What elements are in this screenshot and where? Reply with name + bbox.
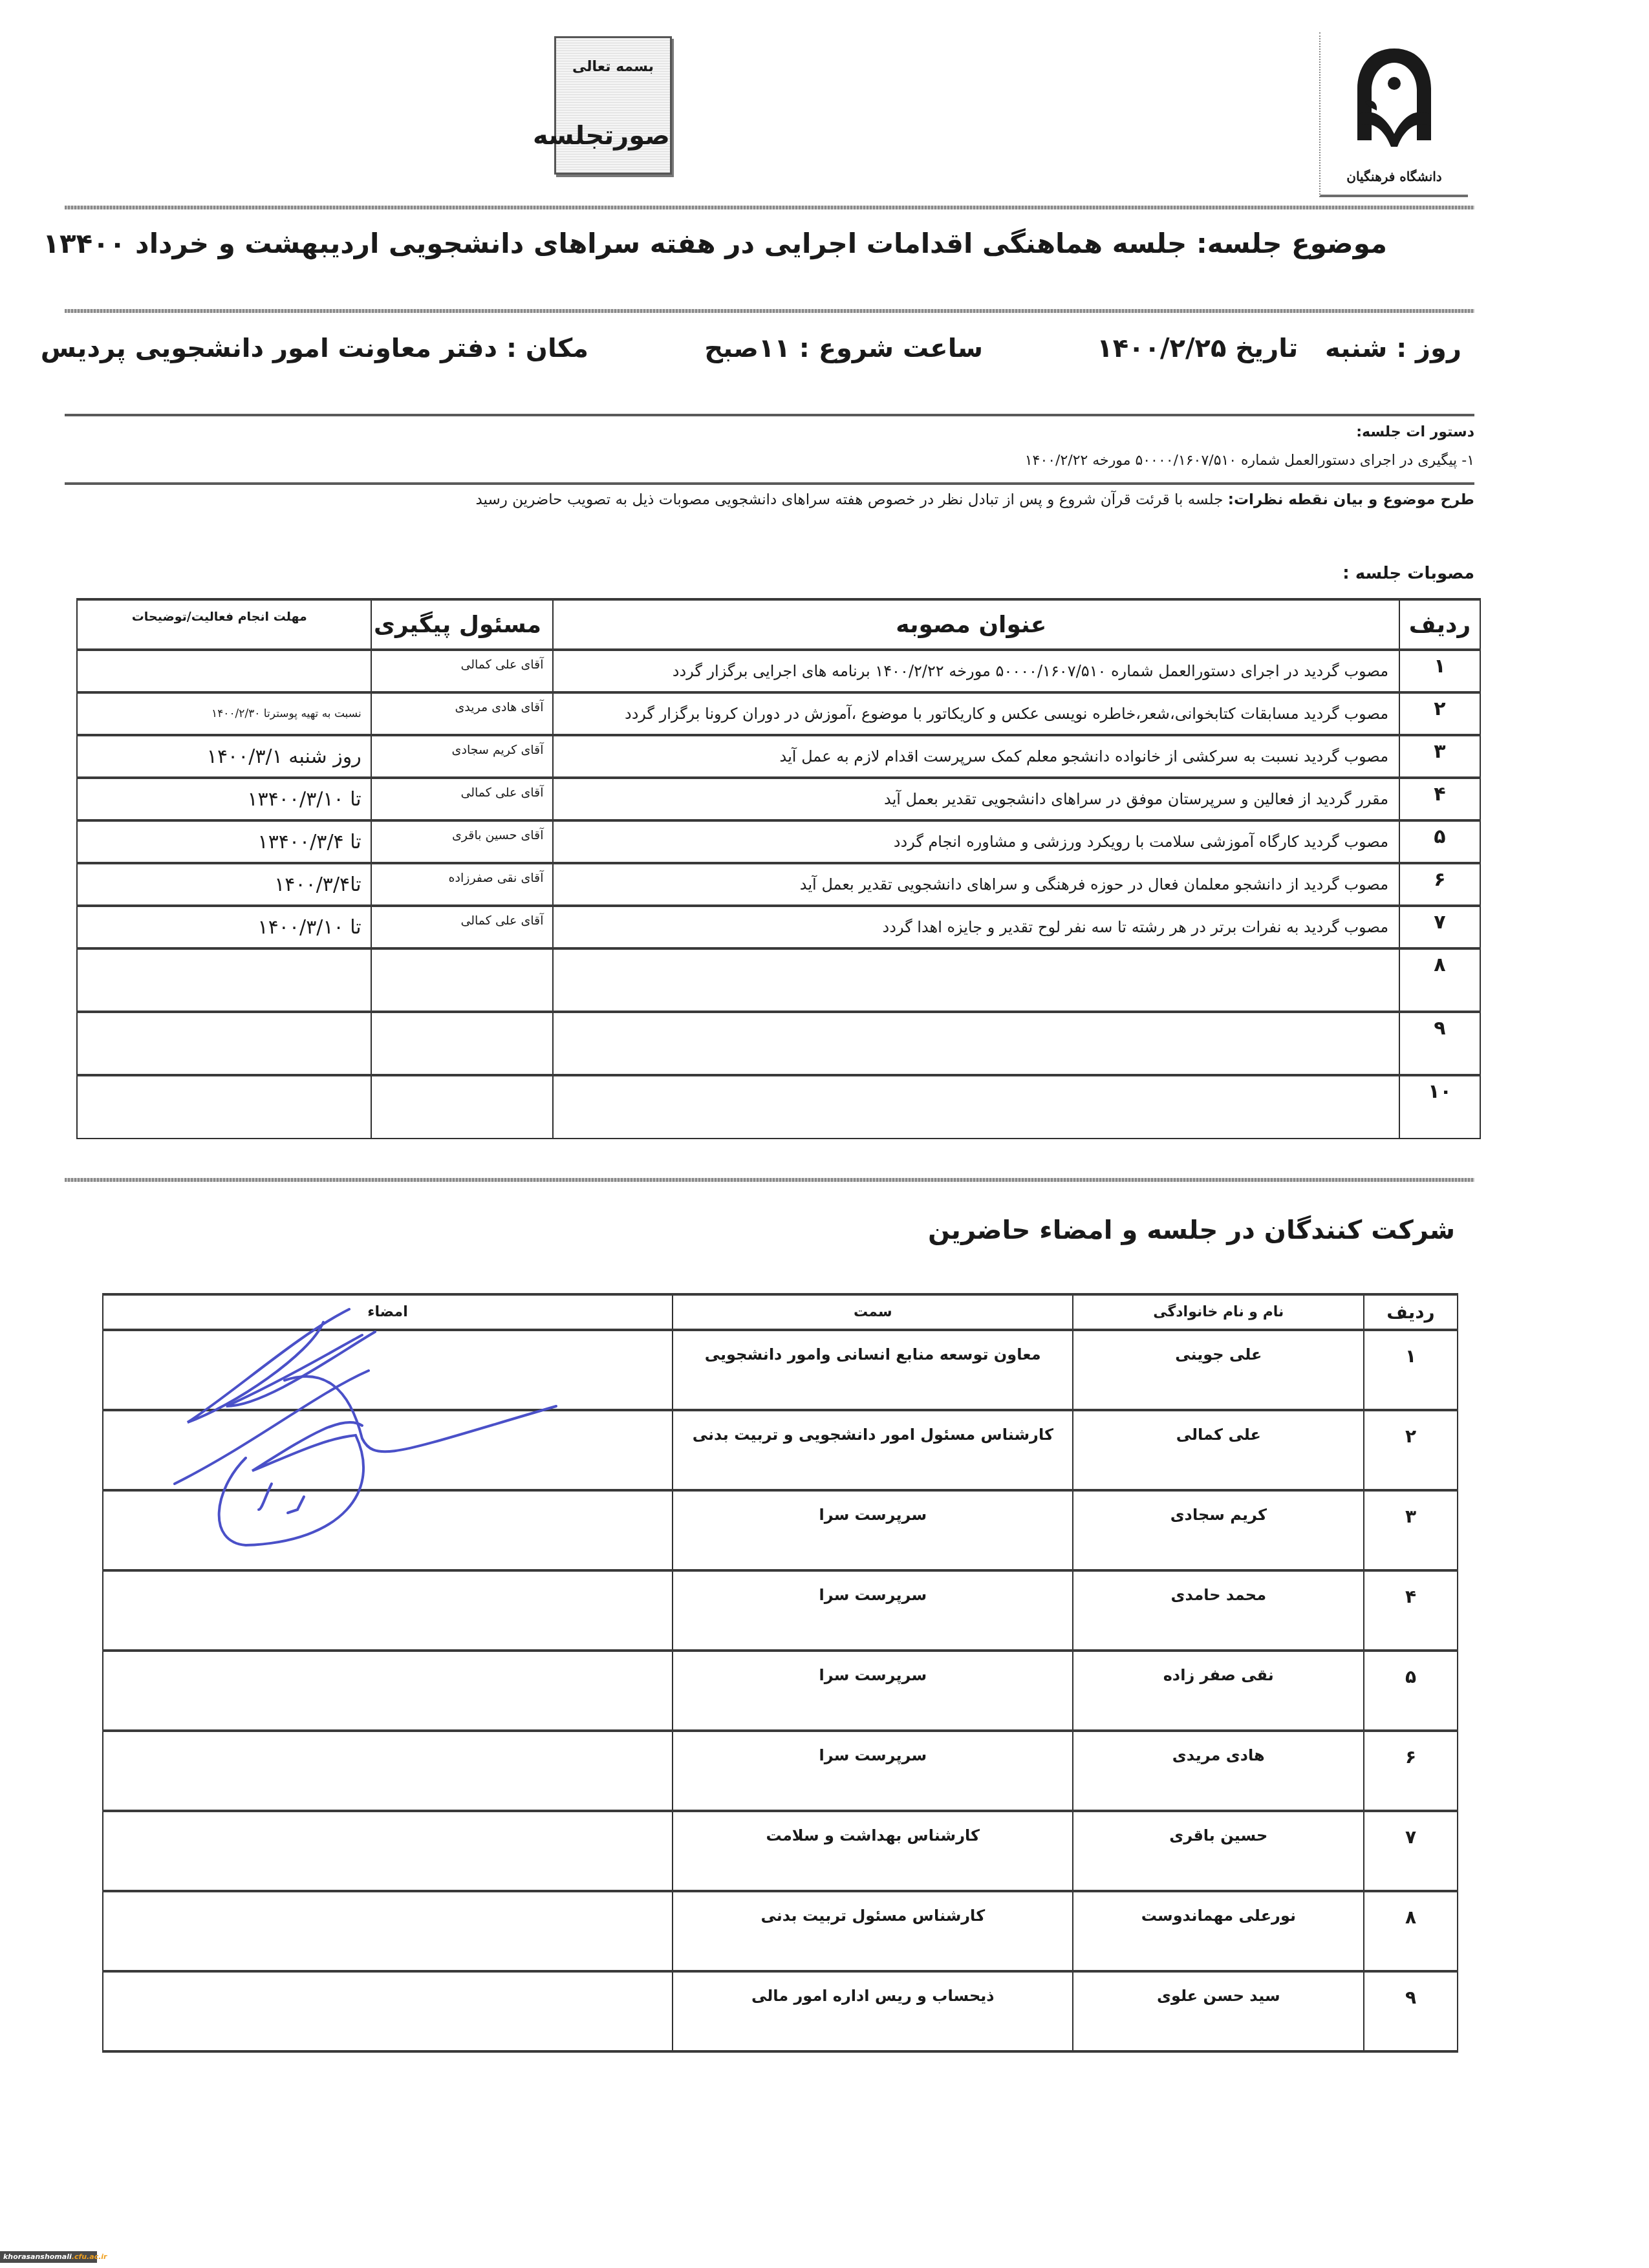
document-title: صورتجلسه — [556, 121, 670, 151]
row-title — [553, 1012, 1399, 1075]
row-position: کارشناس بهداشت و سلامت — [673, 1811, 1073, 1891]
table-row: ۶ هادی مریدی سرپرست سرا — [103, 1731, 1458, 1811]
divider — [65, 482, 1474, 485]
row-position: سرپرست سرا — [673, 1651, 1073, 1731]
table-row: ۲ علی کمالی کارشناس مسئول امور دانشجویی … — [103, 1410, 1458, 1490]
row-title: مصوب گردید کارگاه آموزشی سلامت با رویکرد… — [553, 820, 1399, 863]
row-num: ۲ — [1399, 692, 1480, 735]
approvals-table: ردیف عنوان مصوبه مسئول پیگیری مهلت انجام… — [76, 598, 1481, 1139]
row-position: معاون توسعه منابع انسانی وامور دانشجویی — [673, 1330, 1073, 1410]
row-num: ۳ — [1399, 735, 1480, 778]
agenda-title: دستور ات جلسه: — [1356, 424, 1474, 440]
discussion-text: جلسه با قرئت قرآن شروع و پس از تبادل نظر… — [476, 491, 1223, 508]
header-responsible: مسئول پیگیری — [371, 599, 554, 650]
row-num: ۱۰ — [1399, 1075, 1480, 1139]
table-row: ۴ محمد حامدی سرپرست سرا — [103, 1570, 1458, 1651]
row-deadline — [77, 1075, 371, 1139]
row-name: حسین باقری — [1073, 1811, 1364, 1891]
row-responsible: آقای هادی مریدی — [371, 692, 554, 735]
site-watermark: khorasanshomali.cfu.ac.ir — [0, 2251, 97, 2263]
row-name: هادی مریدی — [1073, 1731, 1364, 1811]
row-title — [553, 1075, 1399, 1139]
discussion-label: طرح موضوع و بیان نقطه نظرات: — [1228, 491, 1474, 508]
divider — [65, 309, 1474, 313]
row-name: علی جوینی — [1073, 1330, 1364, 1410]
header-deadline: مهلت انجام فعالیت/توضیحات — [77, 599, 371, 650]
row-deadline: تا ۱۳۴۰۰/۳/۱۰ — [77, 778, 371, 820]
header-name: نام و نام خانوادگی — [1073, 1294, 1364, 1330]
divider — [65, 414, 1474, 416]
table-row: ۱ مصوب گردید در اجرای دستورالعمل شماره ۵… — [77, 650, 1480, 692]
row-num: ۹ — [1399, 1012, 1480, 1075]
row-responsible: آقای علی کمالی — [371, 906, 554, 948]
table-row: ۵ نقی صفر زاده سرپرست سرا — [103, 1651, 1458, 1731]
table-row: ۳ مصوب گردید نسبت به سرکشی از خانواده دا… — [77, 735, 1480, 778]
table-row: ۹ سید حسن علوی ذیحساب و ریس اداره امور م… — [103, 1971, 1458, 2051]
row-deadline: تا ۱۳۴۰۰/۳/۴ — [77, 820, 371, 863]
row-signature — [103, 1731, 673, 1811]
row-signature — [103, 1330, 673, 1410]
meeting-subject: موضوع جلسه: جلسه هماهنگی اقدامات اجرایی … — [362, 228, 1387, 259]
university-logo: دانشگاه فرهنگیان — [1319, 32, 1468, 197]
row-name: علی کمالی — [1073, 1410, 1364, 1490]
participants-table: ردیف نام و نام خانوادگی سمت امضاء ۱ علی … — [102, 1293, 1458, 2053]
meeting-start-time: ساعت شروع : ۱۱صبح — [704, 334, 983, 363]
row-signature — [103, 1971, 673, 2051]
row-title: مصوب گردید مسابقات کتابخوانی،شعر،خاطره ن… — [553, 692, 1399, 735]
row-name: محمد حامدی — [1073, 1570, 1364, 1651]
row-name: نورعلی مهماندوست — [1073, 1891, 1364, 1971]
row-num: ۵ — [1399, 820, 1480, 863]
row-signature — [103, 1651, 673, 1731]
row-num: ۴ — [1364, 1570, 1458, 1651]
logo-caption: دانشگاه فرهنگیان — [1346, 169, 1442, 184]
row-position: سرپرست سرا — [673, 1490, 1073, 1570]
row-signature — [103, 1410, 673, 1490]
watermark-suffix: .cfu.ac.ir — [72, 2252, 107, 2261]
subject-text: جلسه هماهنگی اقدامات اجرایی در هفته سراه… — [43, 228, 1187, 259]
header-num: ردیف — [1399, 599, 1480, 650]
subject-label: موضوع جلسه: — [1196, 228, 1387, 259]
header-num: ردیف — [1364, 1294, 1458, 1330]
approvals-title: مصوبات جلسه : — [1342, 564, 1474, 583]
discussion-section: طرح موضوع و بیان نقطه نظرات: جلسه با قرئ… — [476, 491, 1474, 508]
row-name: کریم سجادی — [1073, 1490, 1364, 1570]
row-position: کارشناس مسئول امور دانشجویی و تربیت بدنی — [673, 1410, 1073, 1490]
row-responsible: آقای حسین باقری — [371, 820, 554, 863]
table-row: ۴ مقرر گردید از فعالین و سرپرستان موفق د… — [77, 778, 1480, 820]
row-num: ۶ — [1364, 1731, 1458, 1811]
row-deadline — [77, 1012, 371, 1075]
table-row: ۵ مصوب گردید کارگاه آموزشی سلامت با رویک… — [77, 820, 1480, 863]
row-num: ۲ — [1364, 1410, 1458, 1490]
table-row: ۷ مصوب گردید به نفرات برتر در هر رشته تا… — [77, 906, 1480, 948]
divider — [65, 206, 1474, 209]
row-responsible: آقای علی کمالی — [371, 778, 554, 820]
row-name: سید حسن علوی — [1073, 1971, 1364, 2051]
row-num: ۷ — [1364, 1811, 1458, 1891]
row-title — [553, 948, 1399, 1012]
row-responsible: آقای نقی صفرزاده — [371, 863, 554, 906]
table-header-row: ردیف نام و نام خانوادگی سمت امضاء — [103, 1294, 1458, 1330]
row-signature — [103, 1570, 673, 1651]
row-position: سرپرست سرا — [673, 1731, 1073, 1811]
university-emblem-icon — [1346, 43, 1443, 166]
row-title: مصوب گردید به نفرات برتر در هر رشته تا س… — [553, 906, 1399, 948]
meeting-date: تاریخ ۱۴۰۰/۲/۲۵ — [1097, 334, 1298, 363]
row-responsible — [371, 1012, 554, 1075]
row-num: ۵ — [1364, 1651, 1458, 1731]
header-signature: امضاء — [103, 1294, 673, 1330]
table-header-row: ردیف عنوان مصوبه مسئول پیگیری مهلت انجام… — [77, 599, 1480, 650]
row-title: مقرر گردید از فعالین و سرپرستان موفق در … — [553, 778, 1399, 820]
row-deadline: روز شنبه ۱۴۰۰/۳/۱ — [77, 735, 371, 778]
table-row: ۸ نورعلی مهماندوست کارشناس مسئول تربیت ب… — [103, 1891, 1458, 1971]
row-name: نقی صفر زاده — [1073, 1651, 1364, 1731]
watermark-domain: khorasanshomali — [3, 2252, 72, 2261]
header-position: سمت — [673, 1294, 1073, 1330]
meeting-day-date: روز : شنبه تاریخ ۱۴۰۰/۲/۲۵ — [1097, 334, 1461, 363]
participants-title: شرکت کنندگان در جلسه و امضاء حاضرین — [928, 1215, 1455, 1245]
meeting-day: روز : شنبه — [1325, 334, 1461, 363]
row-title: مصوب گردید نسبت به سرکشی از خانواده دانش… — [553, 735, 1399, 778]
row-num: ۸ — [1364, 1891, 1458, 1971]
row-responsible: آقای علی کمالی — [371, 650, 554, 692]
table-row: ۷ حسین باقری کارشناس بهداشت و سلامت — [103, 1811, 1458, 1891]
row-title: مصوب گردید در اجرای دستورالعمل شماره ۵۰۰… — [553, 650, 1399, 692]
table-row: ۸ — [77, 948, 1480, 1012]
row-title: مصوب گردید از دانشجو معلمان فعال در حوزه… — [553, 863, 1399, 906]
meeting-location: مکان : دفتر معاونت امور دانشجویی پردیس — [41, 334, 588, 363]
row-num: ۱ — [1364, 1330, 1458, 1410]
row-num: ۹ — [1364, 1971, 1458, 2051]
divider — [65, 1178, 1474, 1182]
table-row: ۶ مصوب گردید از دانشجو معلمان فعال در حو… — [77, 863, 1480, 906]
table-row: ۹ — [77, 1012, 1480, 1075]
document-title-box: بسمه تعالی صورتجلسه — [554, 36, 672, 175]
row-signature — [103, 1811, 673, 1891]
besm-heading: بسمه تعالی — [556, 59, 670, 75]
row-responsible — [371, 948, 554, 1012]
table-row: ۱ علی جوینی معاون توسعه منابع انسانی وام… — [103, 1330, 1458, 1410]
row-deadline — [77, 948, 371, 1012]
row-num: ۴ — [1399, 778, 1480, 820]
row-responsible: آقای کریم سجادی — [371, 735, 554, 778]
table-row: ۱۰ — [77, 1075, 1480, 1139]
agenda-item: ۱- پیگیری در اجرای دستورالعمل شماره ۵۰۰۰… — [1025, 453, 1474, 469]
row-num: ۱ — [1399, 650, 1480, 692]
row-signature — [103, 1490, 673, 1570]
header-title: عنوان مصوبه — [553, 599, 1399, 650]
table-row: ۲ مصوب گردید مسابقات کتابخوانی،شعر،خاطره… — [77, 692, 1480, 735]
row-responsible — [371, 1075, 554, 1139]
row-position: کارشناس مسئول تربیت بدنی — [673, 1891, 1073, 1971]
row-position: ذیحساب و ریس اداره امور مالی — [673, 1971, 1073, 2051]
row-num: ۸ — [1399, 948, 1480, 1012]
row-signature — [103, 1891, 673, 1971]
row-num: ۷ — [1399, 906, 1480, 948]
row-num: ۳ — [1364, 1490, 1458, 1570]
row-position: سرپرست سرا — [673, 1570, 1073, 1651]
row-deadline: نسبت به تهیه پوسترتا ۱۴۰۰/۲/۳۰ — [77, 692, 371, 735]
row-num: ۶ — [1399, 863, 1480, 906]
row-deadline: تا۱۴۰۰/۳/۴ — [77, 863, 371, 906]
row-deadline — [77, 650, 371, 692]
row-deadline: تا ۱۴۰۰/۳/۱۰ — [77, 906, 371, 948]
table-row: ۳ کریم سجادی سرپرست سرا — [103, 1490, 1458, 1570]
